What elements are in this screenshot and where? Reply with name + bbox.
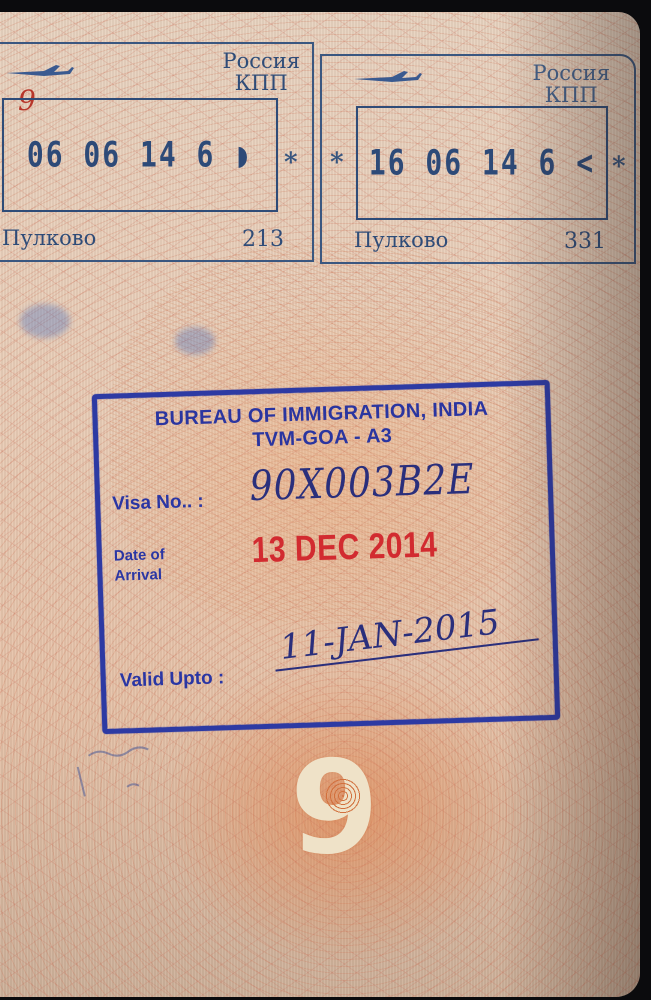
arrival-label-line1: Date of <box>114 545 165 567</box>
visa-number: 90X003B2E <box>249 456 475 510</box>
ink-smudge <box>175 327 215 355</box>
stamp-country: Россия КПП <box>222 50 300 94</box>
officer-code: 331 <box>564 229 606 254</box>
airplane-icon <box>4 64 74 80</box>
date-box: 16 06 14 6 < <box>356 106 608 220</box>
valid-upto-date: 11-JAN-2015 <box>278 602 502 668</box>
direction-icon: ◗ <box>234 134 253 175</box>
date-code: 16 06 14 6 <box>369 142 558 183</box>
faded-ink-marks <box>67 726 184 807</box>
airplane-icon <box>352 70 422 86</box>
arrival-label-line2: Arrival <box>114 565 165 587</box>
russia-departure-stamp: 9 Россия КПП 06 06 14 6 ◗ * Пулково 213 <box>0 42 314 262</box>
valid-upto-label: Valid Upto : <box>119 667 224 692</box>
star-icon: * <box>330 148 344 178</box>
russia-arrival-stamp: Россия КПП 16 06 14 6 < * * Пулково 331 <box>320 54 636 264</box>
passport-page: 9 Россия КПП 06 06 14 6 ◗ * Пулково 213 … <box>0 12 640 997</box>
faded-stamp <box>67 726 184 807</box>
india-immigration-stamp: BUREAU OF IMMIGRATION, INDIA TVM-GOA - A… <box>92 380 560 734</box>
star-icon: * <box>284 148 298 178</box>
airport-name: Пулково <box>354 228 448 252</box>
airport-name: Пулково <box>2 226 96 250</box>
checkpoint-label: КПП <box>532 84 610 106</box>
stamp-title: BUREAU OF IMMIGRATION, INDIA TVM-GOA - A… <box>105 395 538 457</box>
date-box: 06 06 14 6 ◗ <box>2 98 278 212</box>
star-icon: * <box>612 152 626 182</box>
stamp-country: Россия КПП <box>532 62 610 106</box>
country-label: Россия <box>222 49 300 73</box>
direction-icon: < <box>576 142 595 183</box>
date-code: 06 06 14 6 <box>27 134 216 175</box>
visa-label: Visa No.. : <box>112 491 204 516</box>
checkpoint-label: КПП <box>222 72 300 94</box>
rosette-icon <box>325 778 361 814</box>
stamp-date: 16 06 14 6 < <box>358 142 606 183</box>
country-label: Россия <box>532 61 610 85</box>
ink-smudge <box>20 304 70 338</box>
officer-code: 213 <box>242 227 284 252</box>
stamp-date: 06 06 14 6 ◗ <box>4 134 276 175</box>
arrival-date: 13 DEC 2014 <box>251 525 438 572</box>
arrival-label: Date of Arrival <box>114 545 166 587</box>
